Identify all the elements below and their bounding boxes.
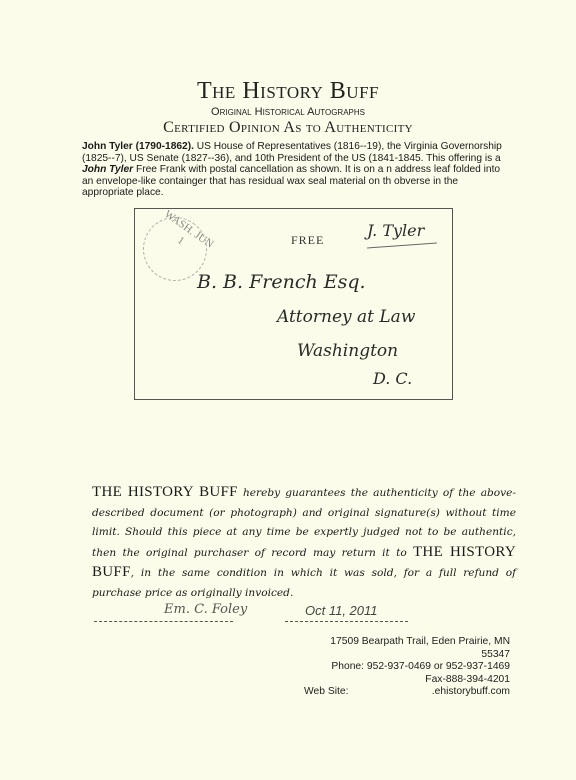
company-subtitle: Original Historical Autographs xyxy=(0,106,576,118)
description-text-2: Free Frank with postal cancellation as s… xyxy=(82,164,500,198)
guarantee-text-2: , in the same condition in which it was … xyxy=(92,567,516,599)
web-value: .ehistorybuff.com xyxy=(432,686,510,699)
item-description: John Tyler (1790-1862). US House of Repr… xyxy=(82,141,502,199)
free-frank-stamp: FREE xyxy=(291,233,324,248)
company-title: The History Buff xyxy=(0,78,576,105)
date-line xyxy=(285,621,408,622)
signature-line xyxy=(94,621,233,622)
item-emphasized-name: John Tyler xyxy=(82,164,133,175)
envelope-image: WASH. JUN 1 FREE J. Tyler B. B. French E… xyxy=(134,208,453,400)
address-line-3: Washington xyxy=(297,341,398,361)
certificate-heading: Certified Opinion As to Authenticity xyxy=(0,119,576,137)
web-label: Web Site: xyxy=(304,686,348,699)
address-line-4: D. C. xyxy=(373,369,412,388)
tyler-signature: J. Tyler xyxy=(367,221,424,240)
item-name-dates: John Tyler (1790-1862). xyxy=(82,141,194,152)
guarantee-statement: THE HISTORY BUFF hereby guarantees the a… xyxy=(92,483,516,603)
contact-address: 17509 Bearpath Trail, Eden Prairie, MN 5… xyxy=(300,636,510,661)
contact-phone: Phone: 952-937-0469 or 952-937-1469 xyxy=(300,661,510,674)
address-line-1: B. B. French Esq. xyxy=(197,271,366,293)
signature-underline xyxy=(367,243,437,249)
contact-web-row: Web Site: .ehistorybuff.com xyxy=(300,686,510,699)
certificate-date: Oct 11, 2011 xyxy=(305,603,378,618)
authenticator-signature: Em. C. Foley xyxy=(164,602,247,617)
contact-block: 17509 Bearpath Trail, Eden Prairie, MN 5… xyxy=(300,636,510,699)
guarantee-brand: THE HISTORY BUFF xyxy=(92,484,238,500)
address-line-2: Attorney at Law xyxy=(277,307,415,327)
contact-fax: Fax-888-394-4201 xyxy=(300,674,510,687)
